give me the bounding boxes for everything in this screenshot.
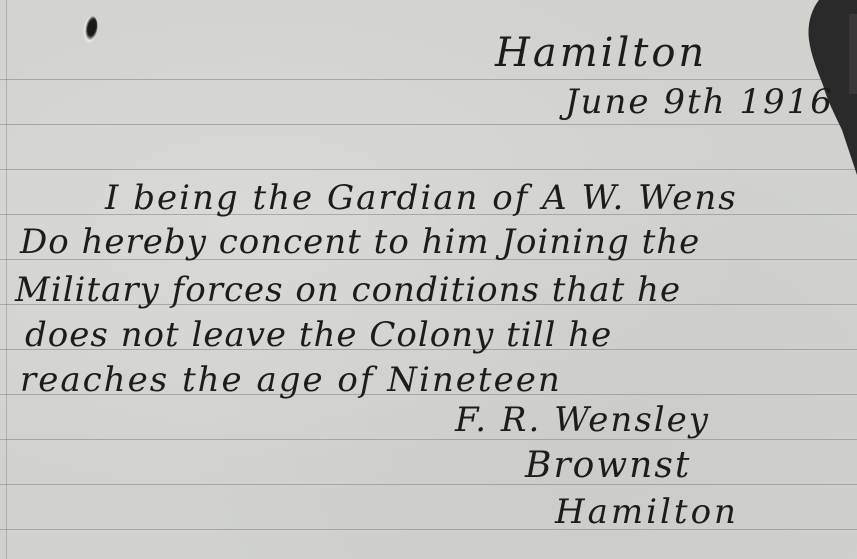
ruled-line (0, 439, 857, 440)
body-line-1: I being the Gardian of A W. Wens (105, 178, 738, 218)
paper-hole (80, 15, 100, 45)
heading-date: June 9th 1916 (565, 82, 834, 122)
signature-place: Hamilton (555, 492, 739, 532)
ruled-line (0, 169, 857, 170)
signature-parish: Brownst (525, 445, 691, 486)
ruled-line (0, 79, 857, 80)
margin-line (6, 0, 7, 559)
body-line-5: reaches the age of Nineteen (20, 360, 562, 400)
body-line-2: Do hereby concent to him Joining the (20, 222, 700, 262)
body-line-4: does not leave the Colony till he (25, 315, 612, 355)
ruled-line (0, 124, 857, 125)
signature-name: F. R. Wensley (455, 400, 710, 440)
heading-place: Hamilton (495, 30, 707, 76)
document-page: Hamilton June 9th 1916 I being the Gardi… (0, 0, 857, 559)
ruled-line (0, 484, 857, 485)
body-line-3: Military forces on conditions that he (15, 270, 681, 310)
